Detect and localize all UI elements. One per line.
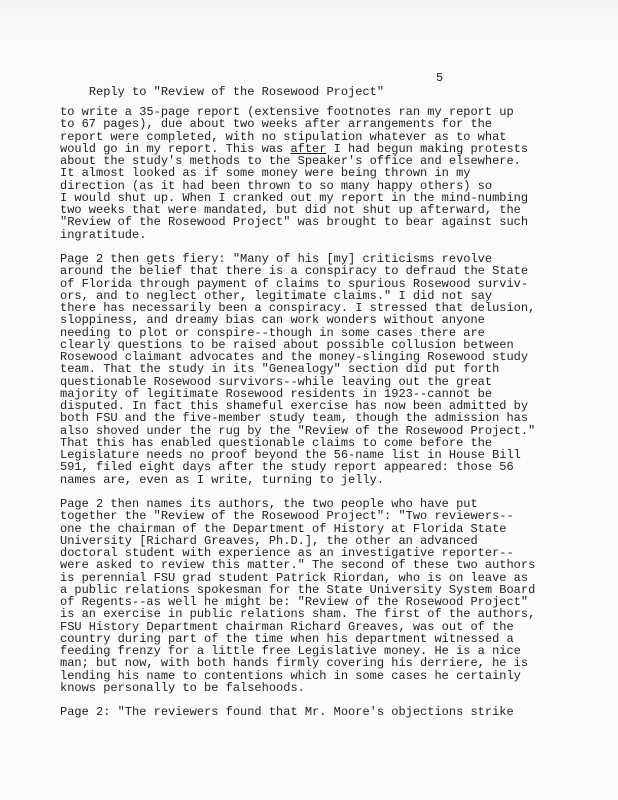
paragraph-4: Page 2: "The reviewers found that Mr. Mo… (60, 706, 580, 718)
text-line: lending his name to contentions which in… (60, 670, 580, 682)
text-line: "Review of the Rosewood Project" was bro… (60, 216, 580, 228)
text-line: questionable Rosewood survivors--while l… (60, 376, 580, 388)
text-line: together the "Review of the Rosewood Pro… (60, 510, 580, 522)
paragraph-2: Page 2 then gets fiery: "Many of his [my… (60, 253, 580, 486)
text-line: around the belief that there is a conspi… (60, 265, 580, 277)
text-line: one the chairman of the Department of Hi… (60, 523, 580, 535)
text-line: names are, even as I write, turning to j… (60, 474, 580, 486)
text-line: of Florida through payment of claims to … (60, 278, 580, 290)
text-line: knows personally to be falsehoods. (60, 682, 580, 694)
text-line: also shoved under the rug by the "Review… (60, 425, 580, 437)
text-line: is perennial FSU grad student Patrick Ri… (60, 572, 580, 584)
page-number: 5 (436, 71, 443, 85)
text-line: to 67 pages), due about two weeks after … (60, 118, 580, 130)
text-line: sloppiness, and dreamy bias can work won… (60, 314, 580, 326)
document-page: Reply to "Review of the Rosewood Project… (0, 0, 618, 800)
text-line: FSU History Department chairman Richard … (60, 621, 580, 633)
text-line: It almost looked as if some money were b… (60, 167, 580, 179)
text-line: Page 2: "The reviewers found that Mr. Mo… (60, 706, 580, 718)
text-line: both FSU and the five-member study team,… (60, 412, 580, 424)
header-title: Reply to "Review of the Rosewood Project… (89, 85, 384, 99)
text-line: were asked to review this matter." The s… (60, 559, 580, 571)
text-line: ingratitude. (60, 229, 580, 241)
text-line: is an exercise in public relations sham.… (60, 608, 580, 620)
text-line: 591, filed eight days after the study re… (60, 461, 580, 473)
text-line: direction (as it had been thrown to so m… (60, 180, 580, 192)
paragraph-3: Page 2 then names its authors, the two p… (60, 498, 580, 694)
paragraph-1: to write a 35-page report (extensive foo… (60, 106, 580, 241)
text-line: needing to plot or conspire--though in s… (60, 327, 580, 339)
text-line: team. That the study in its "Genealogy" … (60, 363, 580, 375)
body-text: to write a 35-page report (extensive foo… (60, 106, 580, 731)
text-line: man; but now, with both hands firmly cov… (60, 657, 580, 669)
